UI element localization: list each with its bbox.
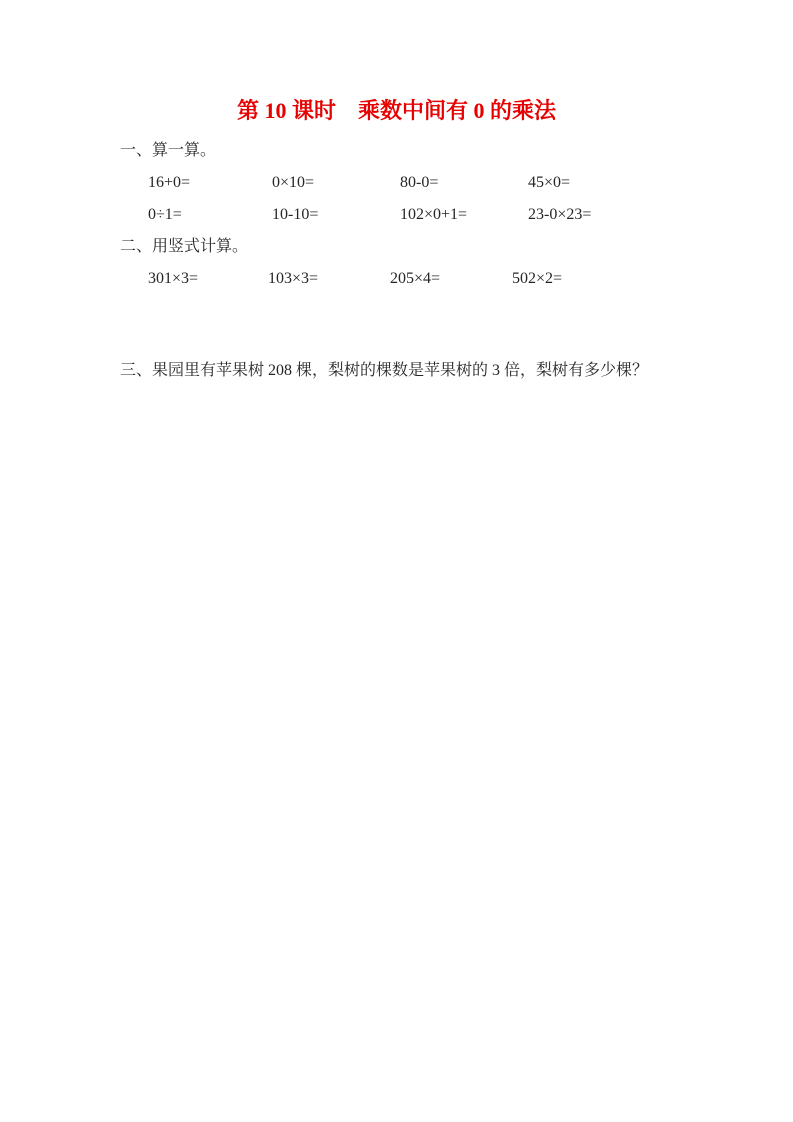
problem-expression: 103×3= [268, 263, 390, 295]
problem-expression: 102×0+1= [400, 199, 528, 231]
problem-expression: 205×4= [390, 263, 512, 295]
worksheet-title: 第 10 课时 乘数中间有 0 的乘法 [120, 93, 673, 129]
problem-expression: 10-10= [272, 199, 400, 231]
section1-row2: 0÷1= 10-10= 102×0+1= 23-0×23= [148, 199, 673, 231]
section1-row1: 16+0= 0×10= 80-0= 45×0= [148, 167, 673, 199]
problem-expression: 45×0= [528, 167, 570, 199]
problem-expression: 23-0×23= [528, 199, 591, 231]
section3-heading: 三、果园里有苹果树 208 棵，梨树的棵数是苹果树的 3 倍，梨树有多少棵？ [120, 355, 673, 387]
problem-expression: 80-0= [400, 167, 528, 199]
problem-expression: 502×2= [512, 263, 562, 295]
section1-heading: 一、算一算。 [120, 135, 673, 167]
worksheet-page: 第 10 课时 乘数中间有 0 的乘法 一、算一算。 16+0= 0×10= 8… [0, 0, 793, 1122]
problem-expression: 0÷1= [148, 199, 272, 231]
problem-expression: 301×3= [148, 263, 268, 295]
section2-heading: 二、用竖式计算。 [120, 231, 673, 263]
section2-row1: 301×3= 103×3= 205×4= 502×2= [148, 263, 673, 295]
problem-expression: 0×10= [272, 167, 400, 199]
problem-expression: 16+0= [148, 167, 272, 199]
